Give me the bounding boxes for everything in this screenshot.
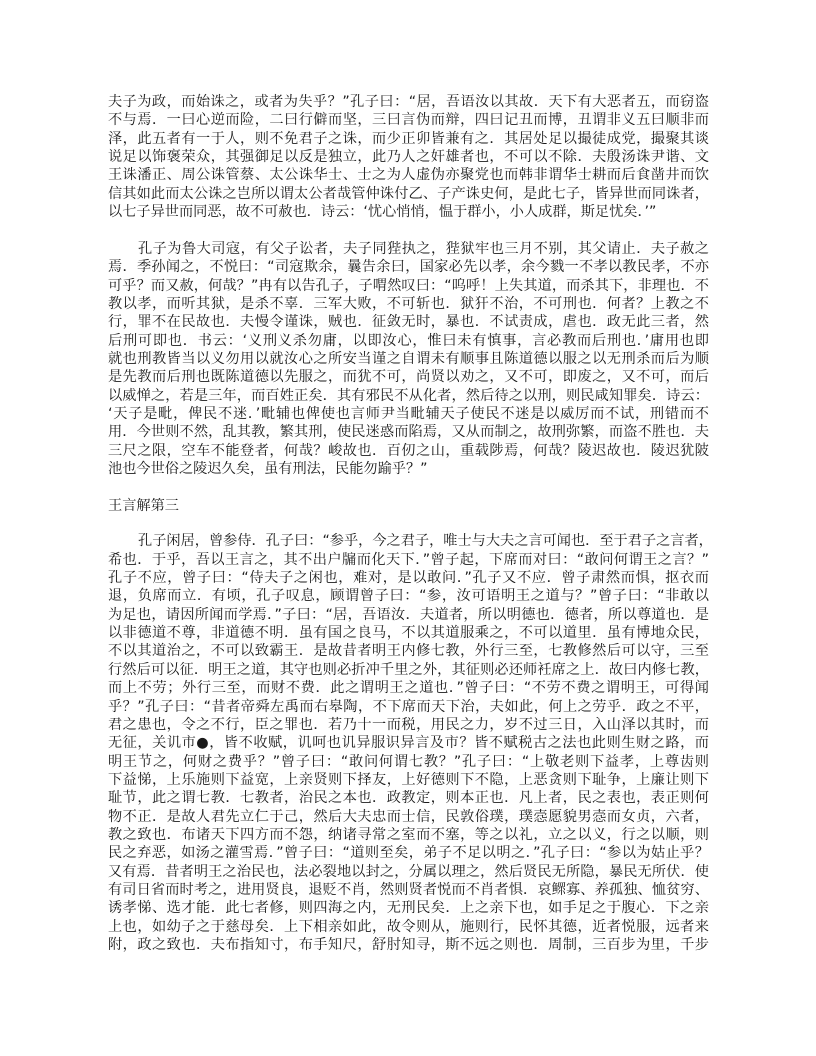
paragraph-1: 夫子为政，而始诛之，或者为失乎？”孔子曰：“居，吾语汝以其故．天下有大恶者五，而… bbox=[108, 93, 709, 221]
text-line: 上也，如幼子之于慈母矣．上下相亲如此，故令则从，施则行，民怀其德，近者悦服，远者… bbox=[108, 918, 709, 936]
section-heading: 王言解第三 bbox=[108, 497, 709, 515]
text-line: 王诛潘正、周公诛管蔡、太公诛华士、士之为人虚伪亦聚党也而韩非谓华士耕而后食凿井而… bbox=[108, 166, 709, 184]
text-line: 孔子不应，曾子曰：“侍夫子之闲也，难对，是以敢问．”孔子又不应．曾子肃然而惧，抠… bbox=[108, 569, 709, 587]
text-line: 而上不劳；外行三至，而财不费．此之谓明王之道也．”曾子曰：“不劳不费之谓明王，可… bbox=[108, 679, 709, 697]
text-line: 行然后可以征．明王之道，其守也则必折冲千里之外，其征则必还师衽席之上．故曰内修七… bbox=[108, 661, 709, 679]
text-line: 可乎？而又赦，何哉？”冉有以告孔子，子喟然叹曰：“呜呼！上失其道，而杀其下，非理… bbox=[108, 277, 709, 295]
text-line: 物不正．是故人君先立仁于己，然后大夫忠而士信，民敦俗璞，璞悫愿貌男悫而女贞，六者… bbox=[108, 808, 709, 826]
text-line: 明王节之，何财之费乎？”曾子曰：“敢问何谓七教？”孔子曰：“上敬老则下益孝，上尊… bbox=[108, 753, 709, 771]
text-line: 附，政之致也．夫布指知寸，布手知尺，舒肘知寻，斯不远之则也．周制，三百步为里，千… bbox=[108, 936, 709, 954]
text-line: 又有焉．昔者明王之治民也，法必裂地以封之，分属以理之，然后贤民无所隐，暴民无所伏… bbox=[108, 863, 709, 881]
text-line: 说足以饰褒荣众，其强御足以反是独立，此乃人之奸雄者也，不可以不除．夫殷汤诛尹谐、… bbox=[108, 148, 709, 166]
text-line: 三尺之限，空车不能登者，何哉？峻故也．百仞之山，重载陟焉，何哉？陵迟故也．陵迟犹… bbox=[108, 442, 709, 460]
paragraph-gap bbox=[108, 478, 709, 497]
text-line: 孔子闲居，曾参侍．孔子曰：“参乎，今之君子，唯士与大夫之言可闻也．至于君子之言者… bbox=[108, 532, 709, 550]
heading-gap bbox=[108, 515, 709, 532]
text-line: 有司日省而时考之，进用贤良，退贬不肖，然则贤者悦而不肖者惧．哀鳏寡、养孤独、恤贫… bbox=[108, 881, 709, 899]
text-line: 就也刑教皆当以义勿用以就汝心之所安当谨之自谓未有顺事且陈道德以服之以无刑杀而后为… bbox=[108, 350, 709, 368]
text-line: 不与焉．一曰心逆而险，二曰行僻而坚，三曰言伪而辩，四曰记丑而博，丑谓非义五曰顺非… bbox=[108, 111, 709, 129]
paragraph-2: 孔子为鲁大司寇，有父子讼者，夫子同狴执之，狴狱牢也三月不别，其父请止．夫子赦之 … bbox=[108, 240, 709, 478]
text-line: 用．今世则不然，乱其教，繁其刑，使民迷惑而陷焉，又从而制之，故刑弥繁，而盗不胜也… bbox=[108, 423, 709, 441]
text-line: 君之患也，令之不行，臣之罪也．若乃十一而税，用民之力，岁不过三日，入山泽以其时，… bbox=[108, 716, 709, 734]
text-line: 焉．季孙闻之，不悦曰：“司寇欺余，曩告余曰，国家必先以孝，余今戮一不孝以教民孝，… bbox=[108, 258, 709, 276]
paragraph-gap bbox=[108, 221, 709, 240]
document-page: 夫子为政，而始诛之，或者为失乎？”孔子曰：“居，吾语汝以其故．天下有大恶者五，而… bbox=[108, 93, 709, 954]
text-line: 孔子为鲁大司寇，有父子讼者，夫子同狴执之，狴狱牢也三月不别，其父请止．夫子赦之 bbox=[108, 240, 709, 258]
text-line: 为足也，请因所闻而学焉．”子曰：“居，吾语汝．夫道者，所以明德也．德者，所以尊道… bbox=[108, 606, 709, 624]
text-line: 是先教而后刑也既陈道德以先服之，而犹不可，尚贤以劝之，又不可，即废之，又不可，而… bbox=[108, 368, 709, 386]
text-line: 教之致也．布诸天下四方而不怨，纳诸寻常之室而不塞，等之以礼，立之以义，行之以顺，… bbox=[108, 826, 709, 844]
text-line: 池也今世俗之陵迟久矣，虽有刑法，民能勿踰乎？” bbox=[108, 460, 709, 478]
text-line: 退，负席而立．有顷，孔子叹息，顾谓曾子曰：“参，汝可语明王之道与？”曾子曰：“非… bbox=[108, 587, 709, 605]
text-line: 信其如此而太公诛之岂所以谓太公者哉管仲诛付乙、子产诛史何，是此七子，皆异世而同诛… bbox=[108, 185, 709, 203]
text-line: 后刑可即也．书云：‘义刑义杀勿庸，以即汝心，惟曰未有慎事，言必教而后刑也．’庸用… bbox=[108, 332, 709, 350]
text-line: 夫子为政，而始诛之，或者为失乎？”孔子曰：“居，吾语汝以其故．天下有大恶者五，而… bbox=[108, 93, 709, 111]
paragraph-3: 孔子闲居，曾参侍．孔子曰：“参乎，今之君子，唯士与大夫之言可闻也．至于君子之言者… bbox=[108, 532, 709, 954]
text-line: 诱孝悌、选才能．此七者修，则四海之内，无刑民矣．上之亲下也，如手足之于腹心．下之… bbox=[108, 899, 709, 917]
text-line: 行，罪不在民故也．夫慢令谨诛，贼也．征敛无时，暴也．不试责成，虐也．政无此三者，… bbox=[108, 313, 709, 331]
text-line: 乎？”孔子曰：“昔者帝舜左禹而右皋陶，不下席而天下治，夫如此，何上之劳乎．政之不… bbox=[108, 698, 709, 716]
text-line: 泽，此五者有一于人，则不免君子之诛，而少正卯皆兼有之．其居处足以撮徒成党，撮聚其… bbox=[108, 130, 709, 148]
text-line: 以七子异世而同恶，故不可赦也．诗云：‘忧心悄悄，愠于群小，小人成群，斯足忧矣．’… bbox=[108, 203, 709, 221]
text-line: ‘天子是毗，俾民不迷．’毗辅也俾使也言师尹当毗辅天子使民不迷是以威厉而不试，刑错… bbox=[108, 405, 709, 423]
text-line: 以非德道不尊，非道德不明．虽有国之良马，不以其道服乘之，不可以道里．虽有博地众民… bbox=[108, 624, 709, 642]
text-line: 希也．于乎，吾以王言之，其不出户牖而化天下．”曾子起，下席而对曰：“敢问何谓王之… bbox=[108, 551, 709, 569]
text-line: 以威惮之，若是三年，而百姓正矣．其有邪民不从化者，然后待之以刑，则民咸知罪矣．诗… bbox=[108, 387, 709, 405]
text-line: 不以其道治之，不可以致霸王．是故昔者明王内修七教，外行三至，七教修然后可以守，三… bbox=[108, 642, 709, 660]
text-line: 下益悌，上乐施则下益宽，上亲贤则下择友，上好德则下不隐，上恶贪则下耻争，上廉让则… bbox=[108, 771, 709, 789]
text-line: 教以孝，而听其狱，是杀不辜．三军大败，不可斩也．狱犴不治，不可刑也．何者？上教之… bbox=[108, 295, 709, 313]
text-line: 无征，关讥市●，皆不收赋，讥呵也讥异服识异言及市？皆不赋税古之法也此则生财之路，… bbox=[108, 734, 709, 752]
text-line: 民之弃恶，如汤之灌雪焉．”曾子曰：“道则至矣，弟子不足以明之．”孔子曰：“参以为… bbox=[108, 844, 709, 862]
text-line: 耻节，此之谓七教．七教者，治民之本也．政教定，则本正也．凡上者，民之表也，表正则… bbox=[108, 789, 709, 807]
